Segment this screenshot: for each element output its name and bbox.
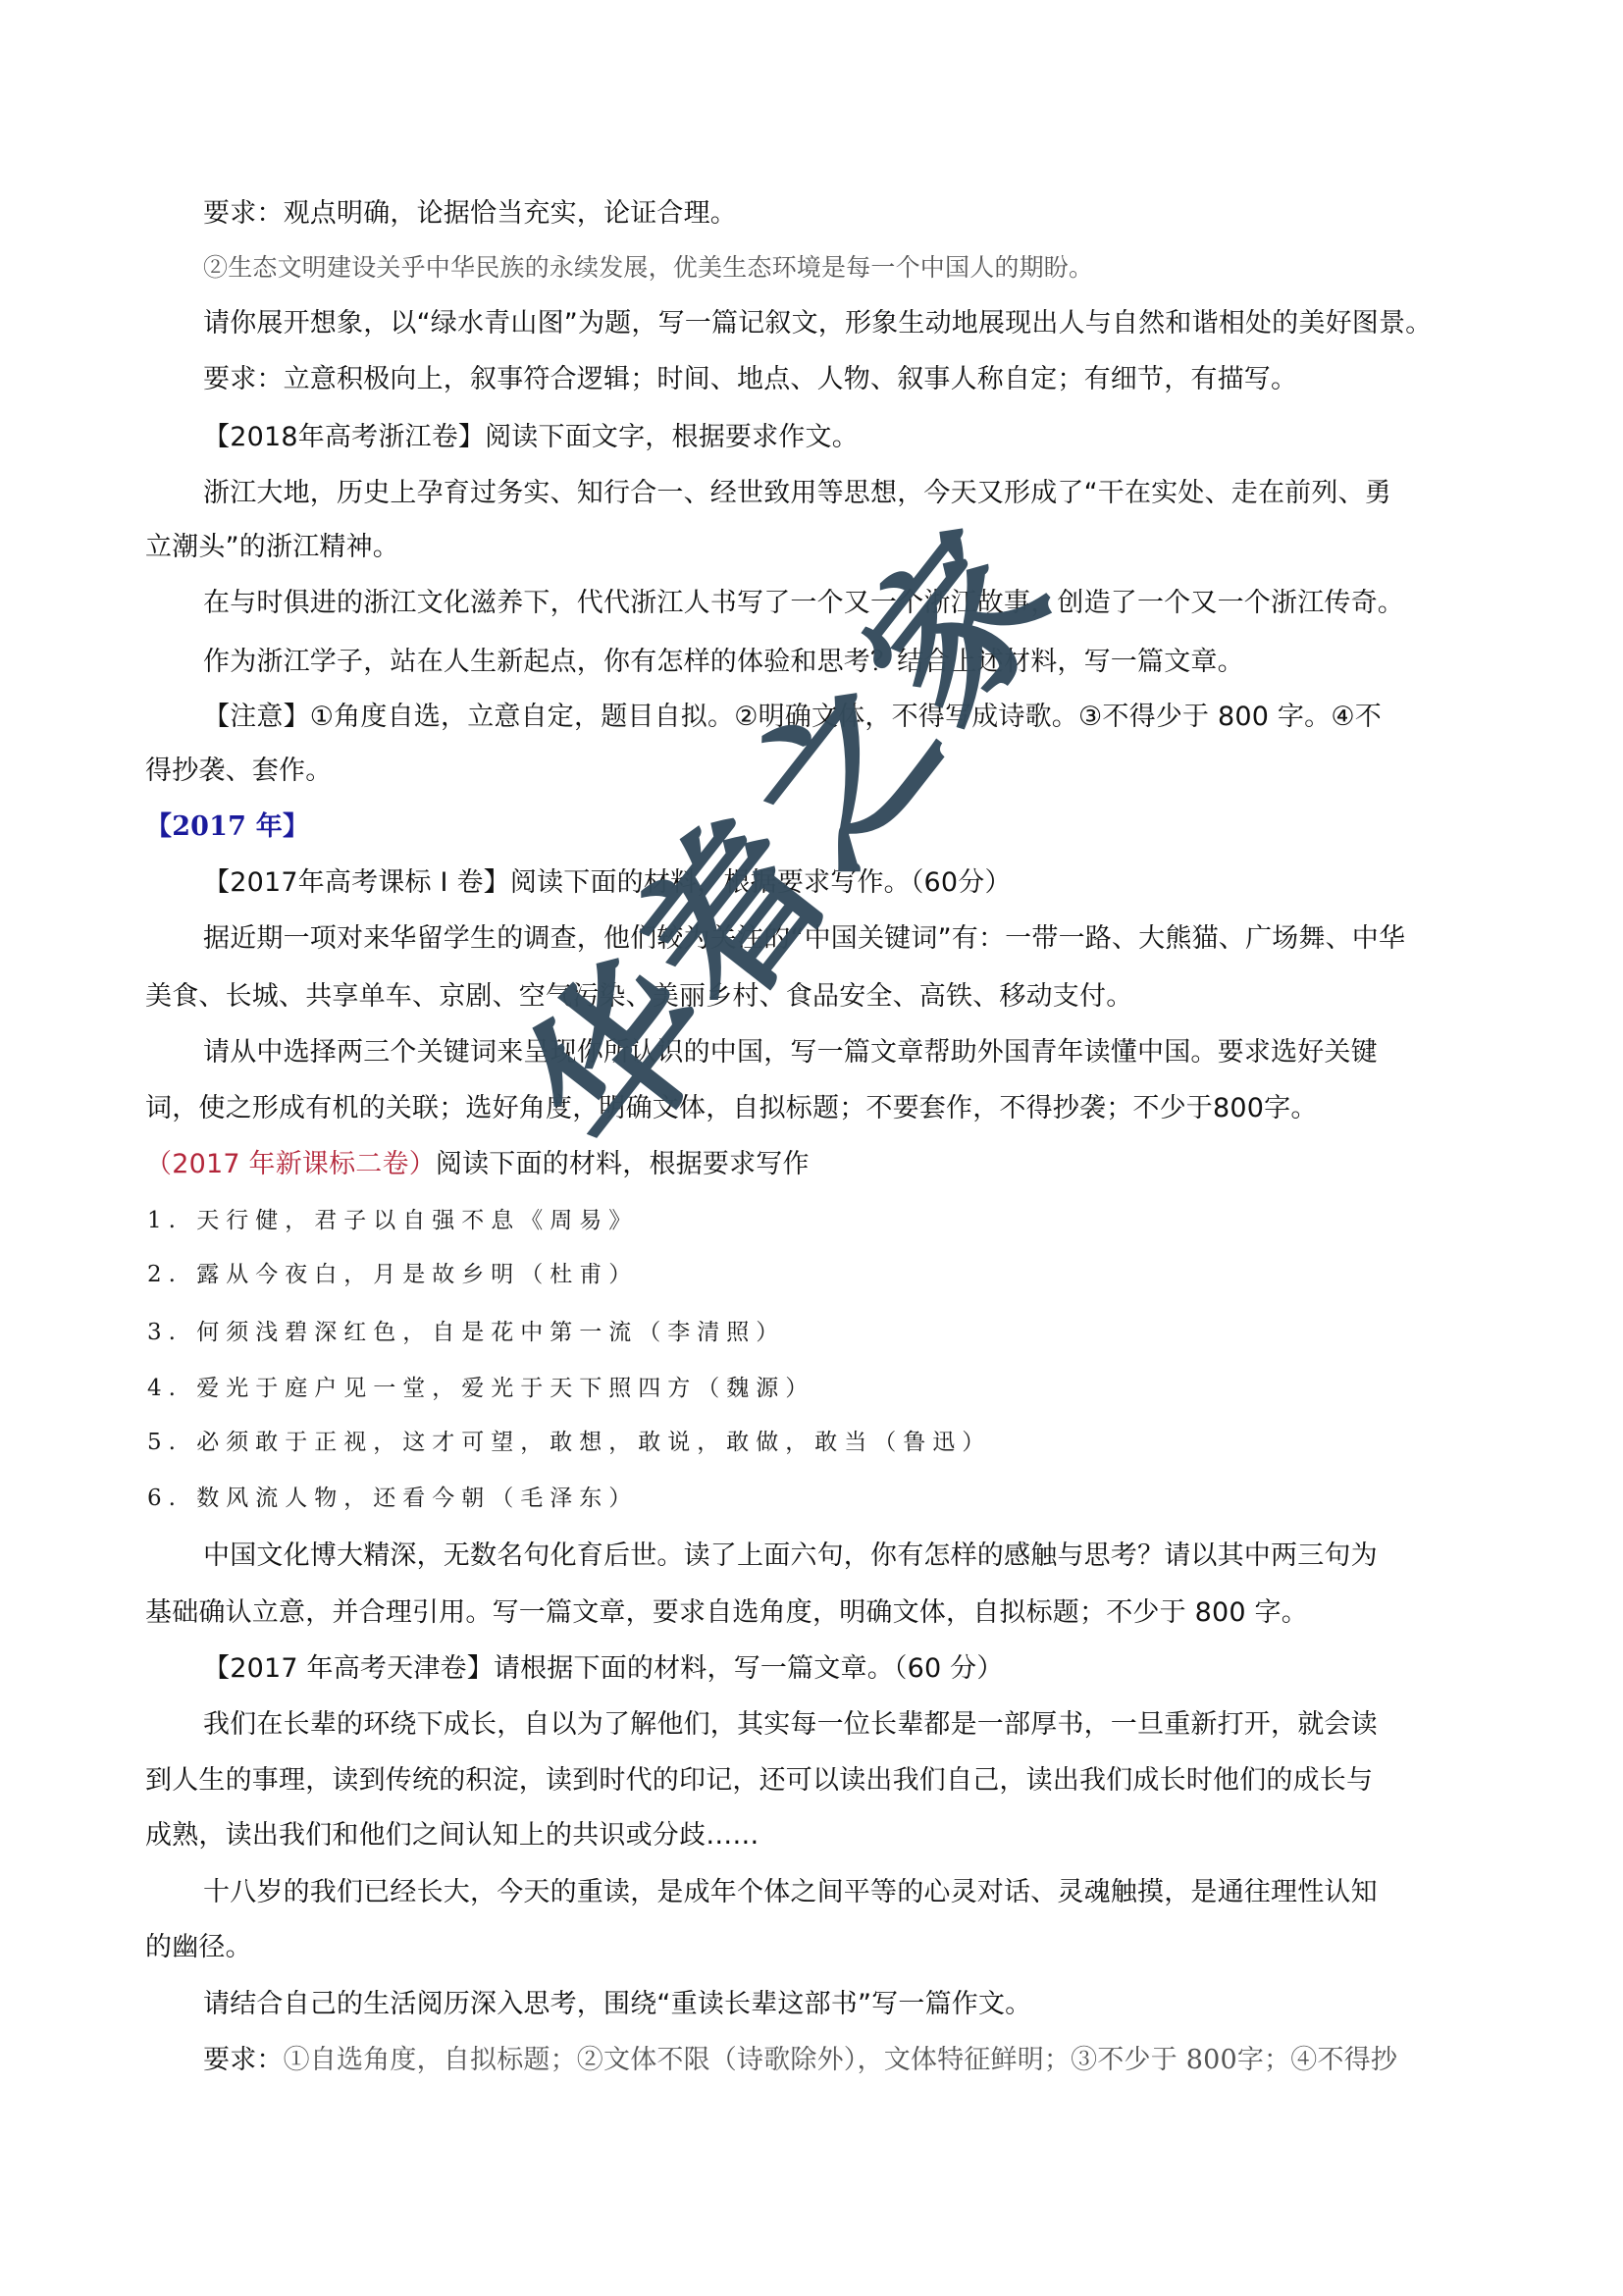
- exam-title-national-1-2017: 【2017年高考课标 I 卷】阅读下面的材料，根据要求写作。（60分）: [203, 863, 1479, 903]
- notice-line: 【注意】①角度自选，立意自定，题目自拟。②明确文体，不得写成诗歌。③不得少于 8…: [203, 698, 1479, 737]
- exam-title-national-2-2017: （2017 年新课标二卷）阅读下面的材料，根据要求写作: [145, 1145, 1480, 1184]
- requirement-label: 要求：: [203, 2045, 284, 2075]
- exam-title-tianjin-2017: 【2017 年高考天津卷】请根据下面的材料，写一篇文章。（60 分）: [203, 1649, 1479, 1689]
- quote-item-4: 4. 爱光于庭户见一堂，爱光于天下照四方（魏源）: [147, 1369, 1482, 1408]
- section-heading-2017: 【2017 年】: [145, 808, 1480, 847]
- requirement-text: ①自选角度，自拟标题；②文体不限（诗歌除外），文体特征鲜明；③不少于 800字；…: [284, 2045, 1397, 2075]
- paragraph-line: 十八岁的我们已经长大，今天的重读，是成年个体之间平等的心灵对话、灵魂触摸，是通往…: [203, 1873, 1479, 1912]
- quote-item-3: 3. 何须浅碧深红色，自是花中第一流（李清照）: [147, 1313, 1482, 1352]
- paragraph-line: 据近期一项对来华留学生的调查，他们较为关注的“中国关键词”有：一带一路、大熊猫、…: [203, 919, 1479, 959]
- paragraph-line: 请结合自己的生活阅历深入思考，围绕“重读长辈这部书”写一篇作文。: [203, 1985, 1479, 2024]
- paragraph-line: 请从中选择两三个关键词来呈现你所认识的中国，写一篇文章帮助外国青年读懂中国。要求…: [203, 1033, 1479, 1072]
- paragraph-line: 在与时俱进的浙江文化滋养下，代代浙江人书写了一个又一个浙江故事，创造了一个又一个…: [203, 584, 1479, 623]
- requirement-line: 要求：观点明确，论据恰当充实，论证合理。: [203, 194, 1479, 234]
- paragraph-line: 作为浙江学子，站在人生新起点，你有怎样的体验和思考？结合上述材料，写一篇文章。: [203, 643, 1479, 682]
- paragraph-line: 到人生的事理，读到传统的积淀，读到时代的印记，还可以读出我们自己，读出我们成长时…: [145, 1761, 1480, 1800]
- quote-item-6: 6. 数风流人物，还看今朝（毛泽东）: [147, 1479, 1482, 1518]
- requirement-line: 要求：立意积极向上，叙事符合逻辑；时间、地点、人物、叙事人称自定；有细节，有描写…: [203, 360, 1479, 399]
- paragraph-line: 基础确认立意，并合理引用。写一篇文章，要求自选角度，明确文体，自拟标题；不少于 …: [145, 1593, 1480, 1633]
- quote-item-5: 5. 必须敢于正视，这才可望，敢想，敢说，敢做，敢当（鲁迅）: [147, 1423, 1482, 1462]
- exam-source-label: （2017 年新课标二卷）: [145, 1149, 436, 1179]
- paragraph-line: 成熟，读出我们和他们之间认知上的共识或分歧……: [145, 1816, 1480, 1855]
- notice-line: 得抄袭、套作。: [145, 752, 1480, 791]
- document-page: 要求：观点明确，论据恰当充实，论证合理。 ②生态文明建设关乎中华民族的永续发展，…: [0, 0, 1623, 2296]
- requirement-line: 要求：①自选角度，自拟标题；②文体不限（诗歌除外），文体特征鲜明；③不少于 80…: [203, 2041, 1479, 2080]
- prompt-line: ②生态文明建设关乎中华民族的永续发展，优美生态环境是每一个中国人的期盼。: [203, 248, 1479, 287]
- paragraph-line: 中国文化博大精深，无数名句化育后世。读了上面六句，你有怎样的感触与思考？请以其中…: [203, 1537, 1479, 1576]
- prompt-line: 请你展开想象，以“绿水青山图”为题，写一篇记叙文，形象生动地展现出人与自然和谐相…: [203, 304, 1479, 343]
- exam-title-zhejiang-2018: 【2018年高考浙江卷】阅读下面文字，根据要求作文。: [203, 418, 1479, 457]
- paragraph-line: 浙江大地，历史上孕育过务实、知行合一、经世致用等思想，今天又形成了“干在实处、走…: [203, 474, 1479, 513]
- paragraph-line: 美食、长城、共享单车、京剧、空气污染、美丽乡村、食品安全、高铁、移动支付。: [145, 977, 1480, 1017]
- paragraph-line: 词，使之形成有机的关联；选好角度，明确文体，自拟标题；不要套作，不得抄袭；不少于…: [145, 1089, 1480, 1128]
- paragraph-line: 我们在长辈的环绕下成长，自以为了解他们，其实每一位长辈都是一部厚书，一旦重新打开…: [203, 1705, 1479, 1745]
- quote-item-1: 1. 天行健，君子以自强不息《周易》: [147, 1201, 1482, 1240]
- paragraph-line: 的幽径。: [145, 1928, 1480, 1967]
- paragraph-line: 立潮头”的浙江精神。: [145, 528, 1480, 567]
- quote-item-2: 2. 露从今夜白，月是故乡明（杜甫）: [147, 1255, 1482, 1294]
- exam-instruction: 阅读下面的材料，根据要求写作: [436, 1149, 810, 1179]
